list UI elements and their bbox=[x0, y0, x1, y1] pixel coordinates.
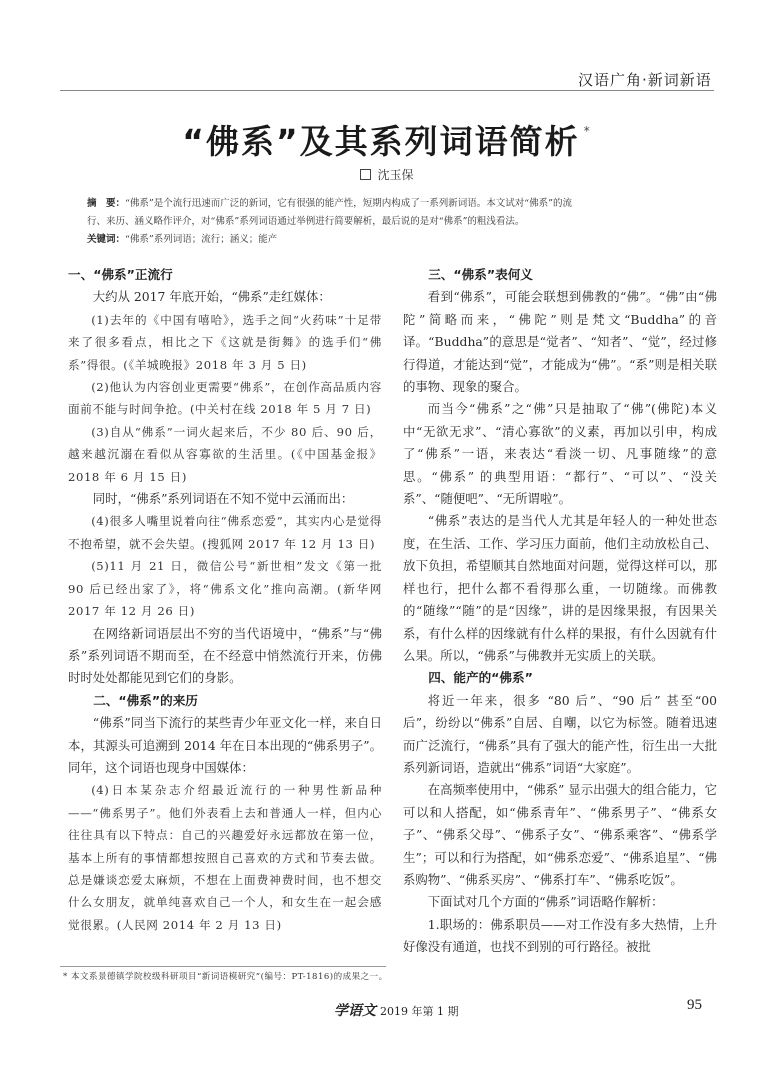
article-title: “佛系”及其系列词语简析* bbox=[0, 116, 774, 163]
journal-name: 学语文 bbox=[334, 1003, 376, 1019]
abstract-line-2: 行、来历、涵义略作评介，对“佛系”系列词语通过举例进行简要解析，最后说的是对“佛… bbox=[87, 213, 699, 231]
paragraph: “佛系”表达的是当代人尤其是年轻人的一种处世态度，在生活、工作、学习压力面前，他… bbox=[403, 510, 717, 667]
paragraph: 1.职场的：佛系职员——对工作没有多大热情，上升好像没有通道，也找不到别的可行路… bbox=[403, 914, 717, 959]
journal-footer: 学语文2019 年第 1 期 bbox=[334, 1000, 458, 1020]
paragraph: 大约从 2017 年底开始，“佛系”走红媒体： bbox=[68, 286, 382, 308]
keywords-label: 关键词： bbox=[87, 234, 125, 245]
example-quote: (2)他认为内容创业更需要“佛系”，在创作高品质内容面前不能与时间争抢。(中关村… bbox=[68, 376, 382, 421]
keywords-text: “佛系”系列词语；流行；涵义；能产 bbox=[125, 234, 277, 245]
example-quote: (3)自从“佛系”一词火起来后，不少 80 后、90 后，越来越沉溺在看似从容寡… bbox=[68, 421, 382, 488]
author-box-icon bbox=[360, 169, 371, 180]
section-3-heading: 三、“佛系”表何义 bbox=[403, 264, 717, 286]
right-column: 三、“佛系”表何义 看到“佛系”，可能会联想到佛教的“佛”。“佛”由“佛陀”简略… bbox=[403, 264, 717, 959]
left-column: 一、“佛系”正流行 大约从 2017 年底开始，“佛系”走红媒体： (1)去年的… bbox=[68, 264, 382, 936]
abstract-line-1: 摘 要：“佛系”是个流行迅速而广泛的新词，它有很强的能产性，短期内构成了一系列新… bbox=[87, 195, 699, 213]
paragraph: 在网络新词语层出不穷的当代语境中，“佛系”与“佛系”系列词语不期而至，在不经意中… bbox=[68, 623, 382, 690]
title-footnote-mark: * bbox=[584, 124, 592, 138]
journal-issue: 2019 年第 1 期 bbox=[380, 1005, 458, 1018]
header-rule bbox=[60, 90, 714, 91]
section-1-heading: 一、“佛系”正流行 bbox=[68, 264, 382, 286]
example-quote: (4)日本某杂志介绍最近流行的一种男性新品种——“佛系男子”。他们外表看上去和普… bbox=[68, 779, 382, 936]
abstract-label: 摘 要： bbox=[87, 198, 125, 209]
author-line: 沈玉保 bbox=[0, 166, 774, 183]
example-quote: (1)去年的《中国有嘻哈》，选手之间“火药味”十足带来了很多看点，相比之下《这就… bbox=[68, 309, 382, 376]
paragraph: 看到“佛系”，可能会联想到佛教的“佛”。“佛”由“佛陀”简略而来，“佛陀”则是梵… bbox=[403, 286, 717, 398]
paragraph: 同时，“佛系”系列词语在不知不觉中云涌而出： bbox=[68, 488, 382, 510]
example-quote: (5)11 月 21 日，微信公号“新世相”发文《第一批 90 后已经出家了》，… bbox=[68, 555, 382, 622]
paragraph: 而当今“佛系”之“佛”只是抽取了“佛”(佛陀)本义中“无欲无求”、“清心寡欲”的… bbox=[403, 398, 717, 510]
footnote-rule bbox=[60, 966, 386, 967]
keywords: 关键词：“佛系”系列词语；流行；涵义；能产 bbox=[87, 231, 699, 249]
abstract: 摘 要：“佛系”是个流行迅速而广泛的新词，它有很强的能产性，短期内构成了一系列新… bbox=[87, 195, 699, 249]
example-quote: (4)很多人嘴里说着向往“佛系恋爱”，其实内心是觉得不抱希望，就不会失望。(搜狐… bbox=[68, 510, 382, 555]
article-title-text: “佛系”及其系列词语简析 bbox=[182, 122, 579, 161]
paragraph: 下面试对几个方面的“佛系”词语略作解析： bbox=[403, 891, 717, 913]
abstract-text-1: “佛系”是个流行迅速而广泛的新词，它有很强的能产性，短期内构成了一系列新词语。本… bbox=[125, 198, 572, 209]
section-4-heading: 四、能产的“佛系” bbox=[403, 667, 717, 689]
paragraph: 在高频率使用中，“佛系” 显示出强大的组合能力，它可以和人搭配，如“佛系青年”、… bbox=[403, 779, 717, 891]
paragraph: 将近一年来，很多 “80 后”、“90 后” 甚至“00 后”，纷纷以“佛系”自… bbox=[403, 690, 717, 780]
page-number: 95 bbox=[687, 997, 702, 1014]
author-name: 沈玉保 bbox=[377, 168, 413, 182]
running-head: 汉语广角·新词新语 bbox=[578, 69, 712, 90]
paragraph: “佛系”同当下流行的某些青少年亚文化一样，来自日本，其源头可追溯到 2014 年… bbox=[68, 712, 382, 779]
footnote: * 本文系景德镇学院校级科研项目“新词语模研究”(编号：PT-1816)的成果之… bbox=[63, 970, 388, 982]
section-2-heading: 二、“佛系”的来历 bbox=[68, 690, 382, 712]
